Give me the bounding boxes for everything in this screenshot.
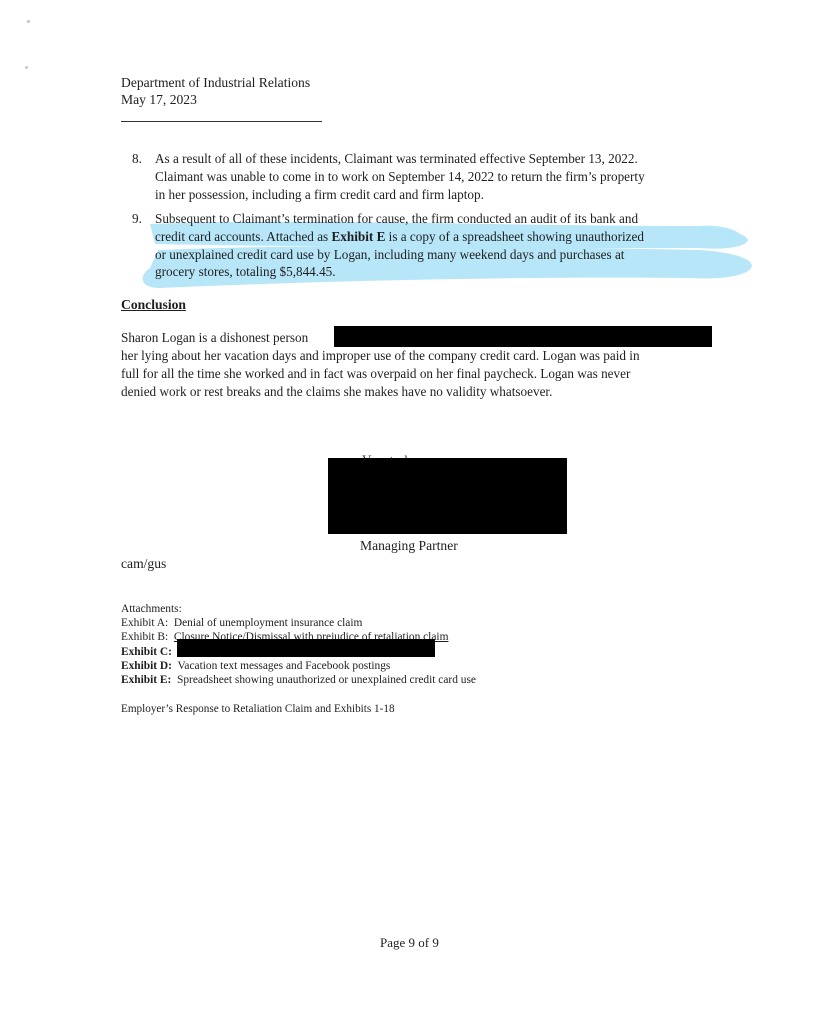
paragraph-line: or unexplained credit card use by Logan,… xyxy=(155,246,722,264)
text-run: is a copy of a spreadsheet showing unaut… xyxy=(385,229,644,244)
text-run: credit card accounts. Attached as xyxy=(155,229,332,244)
paragraph-line: grocery stores, totaling $5,844.45. xyxy=(155,263,722,281)
paragraph-line: As a result of all of these incidents, C… xyxy=(155,150,722,168)
exhibit-reference: Exhibit E xyxy=(332,229,386,244)
paragraph-8: 8. As a result of all of these incidents… xyxy=(132,150,722,203)
paragraph-line: Claimant was unable to come in to work o… xyxy=(155,168,722,186)
paragraph-line: Subsequent to Claimant’s termination for… xyxy=(155,210,722,228)
paragraph-line: in her possession, including a firm cred… xyxy=(155,186,722,204)
paragraph-number: 9. xyxy=(132,210,142,228)
signature-redaction xyxy=(328,458,567,534)
paragraph-9: 9. Subsequent to Claimant’s termination … xyxy=(132,210,722,281)
paragraph-line: credit card accounts. Attached as Exhibi… xyxy=(155,228,722,246)
